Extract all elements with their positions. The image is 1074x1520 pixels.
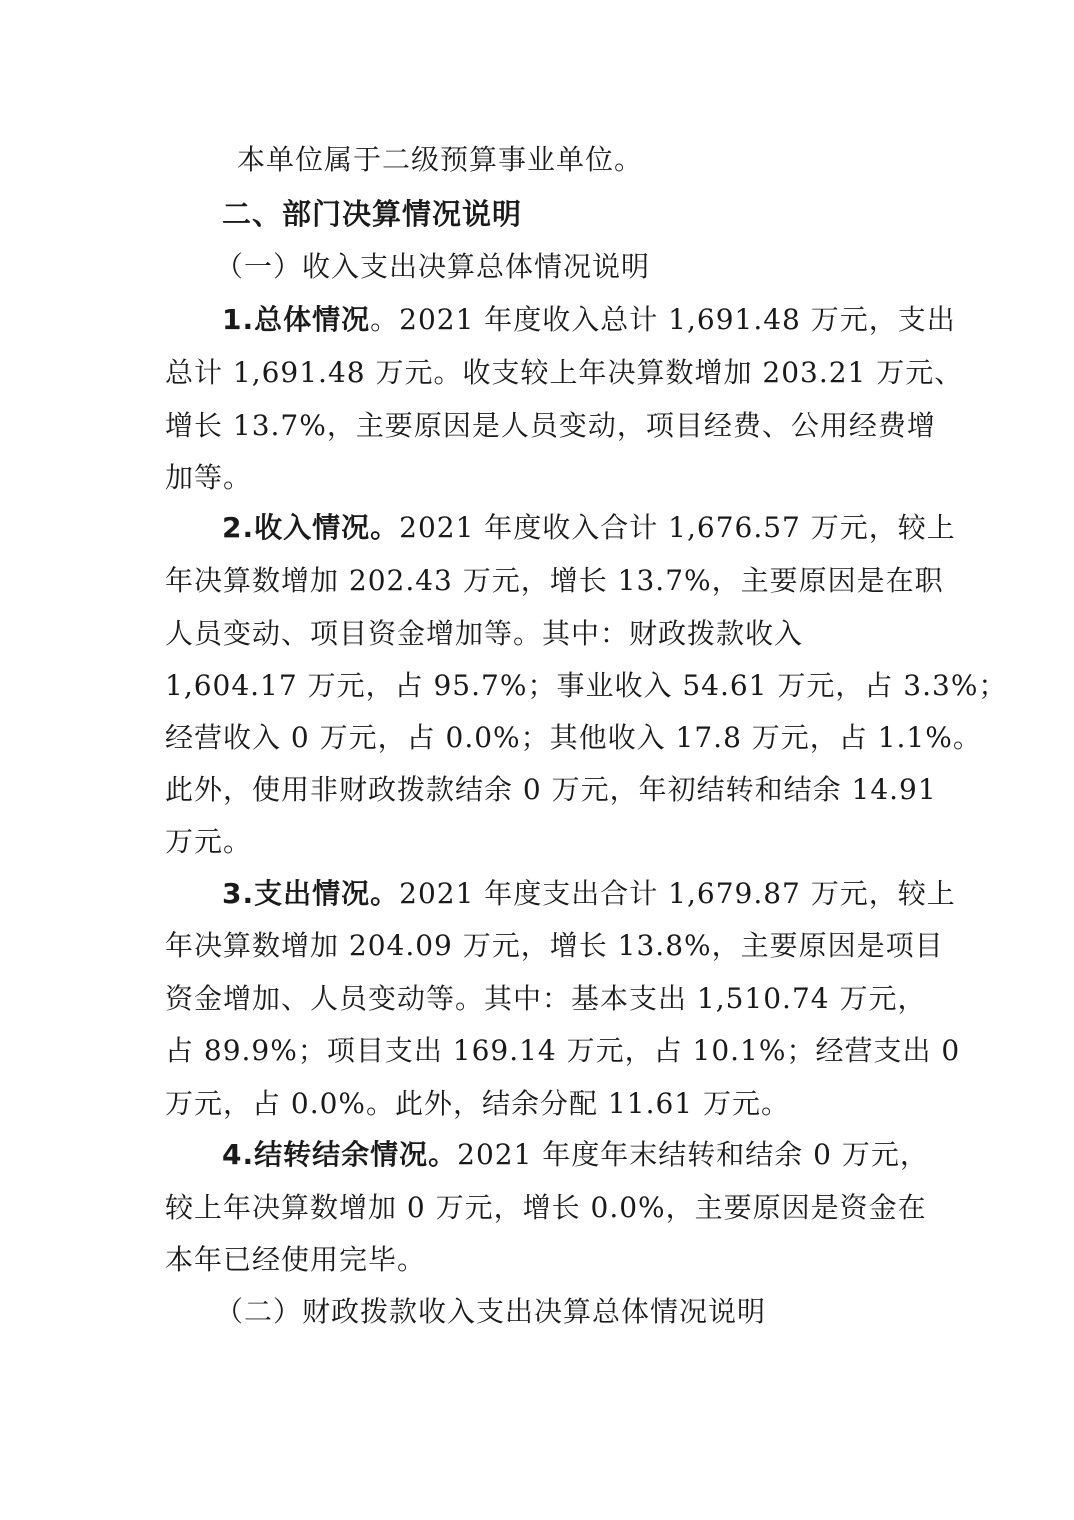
paragraph-2-line-5: 经营收入 0 万元，占 0.0%；其他收入 17.8 万元，占 1.1%。 <box>165 720 982 756</box>
paragraph-3-line-4: 占 89.9%；项目支出 169.14 万元，占 10.1%；经营支出 0 <box>165 1033 960 1069</box>
paragraph-3-lead: 3.支出情况。 <box>222 877 399 910</box>
section-heading: 二、部门决算情况说明 <box>222 196 522 232</box>
paragraph-1-lead: 1.总体情况 <box>222 303 370 336</box>
paragraph-2-line-6: 此外，使用非财政拨款结余 0 万元，年初结转和结余 14.91 <box>165 772 937 808</box>
paragraph-4-line-3: 本年已经使用完毕。 <box>165 1242 426 1278</box>
paragraph-4-lead: 4.结转结余情况。 <box>222 1138 457 1171</box>
paragraph-3-line-5: 万元，占 0.0%。此外，结余分配 11.61 万元。 <box>165 1086 790 1122</box>
paragraph-4-line-2: 较上年决算数增加 0 万元，增长 0.0%，主要原因是资金在 <box>165 1190 927 1226</box>
paragraph-2-line-2: 年决算数增加 202.43 万元，增长 13.7%，主要原因是在职 <box>165 563 944 599</box>
paragraph-1-line-1: 1.总体情况。2021 年度收入总计 1,691.48 万元，支出 <box>222 302 956 338</box>
paragraph-1-line-4: 加等。 <box>165 460 252 496</box>
paragraph-3-line-1: 3.支出情况。2021 年度支出合计 1,679.87 万元，较上 <box>222 876 956 912</box>
subsection-heading-2: （二）财政拨款收入支出决算总体情况说明 <box>215 1294 766 1330</box>
paragraph-2-line-4: 1,604.17 万元，占 95.7%；事业收入 54.61 万元，占 3.3%… <box>165 668 1007 704</box>
subsection-heading-1: （一）收入支出决算总体情况说明 <box>215 249 650 285</box>
paragraph-1-line-3: 增长 13.7%，主要原因是人员变动，项目经费、公用经费增 <box>165 408 936 444</box>
paragraph-2-line-1: 2.收入情况。2021 年度收入合计 1,676.57 万元，较上 <box>222 510 956 546</box>
paragraph-2-line-7: 万元。 <box>165 824 252 860</box>
intro-text: 本单位属于二级预算事业单位。 <box>237 142 643 178</box>
paragraph-3-line-2: 年决算数增加 204.09 万元，增长 13.8%，主要原因是项目 <box>165 928 944 964</box>
paragraph-1-line-2: 总计 1,691.48 万元。收支较上年决算数增加 203.21 万元、 <box>165 355 963 391</box>
paragraph-3-line-3: 资金增加、人员变动等。其中：基本支出 1,510.74 万元， <box>165 981 927 1017</box>
paragraph-2-line-3: 人员变动、项目资金增加等。其中：财政拨款收入 <box>165 616 803 652</box>
paragraph-2-lead: 2.收入情况。 <box>222 511 399 544</box>
paragraph-4-line-1: 4.结转结余情况。2021 年度年末结转和结余 0 万元， <box>222 1137 929 1173</box>
